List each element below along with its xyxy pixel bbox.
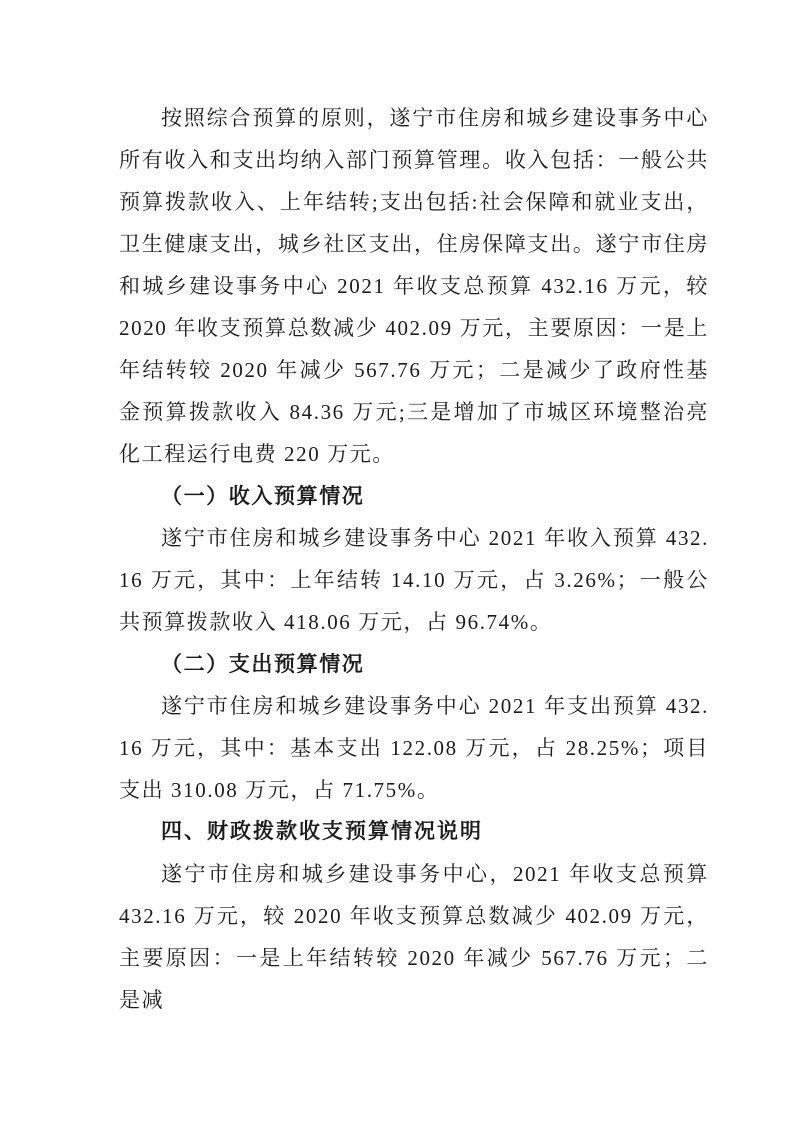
paragraph-budget-overview: 按照综合预算的原则，遂宁市住房和城乡建设事务中心所有收入和支出均纳入部门预算管理… [119, 97, 709, 475]
paragraph-income-budget-detail: 遂宁市住房和城乡建设事务中心 2021 年收入预算 432.16 万元，其中：上… [119, 517, 709, 643]
heading-expenditure-budget-section: （二）支出预算情况 [119, 643, 709, 685]
document-page: 按照综合预算的原则，遂宁市住房和城乡建设事务中心所有收入和支出均纳入部门预算管理… [0, 0, 793, 1122]
paragraph-fiscal-appropriation-detail: 遂宁市住房和城乡建设事务中心，2021 年收支总预算 432.16 万元，较 2… [119, 853, 709, 1021]
paragraph-expenditure-budget-detail: 遂宁市住房和城乡建设事务中心 2021 年支出预算 432.16 万元，其中：基… [119, 685, 709, 811]
heading-fiscal-appropriation-section: 四、财政拨款收支预算情况说明 [119, 811, 709, 853]
document-body: { "page": { "background_color": "#ffffff… [0, 0, 793, 1122]
heading-income-budget-section: （一）收入预算情况 [119, 475, 709, 517]
